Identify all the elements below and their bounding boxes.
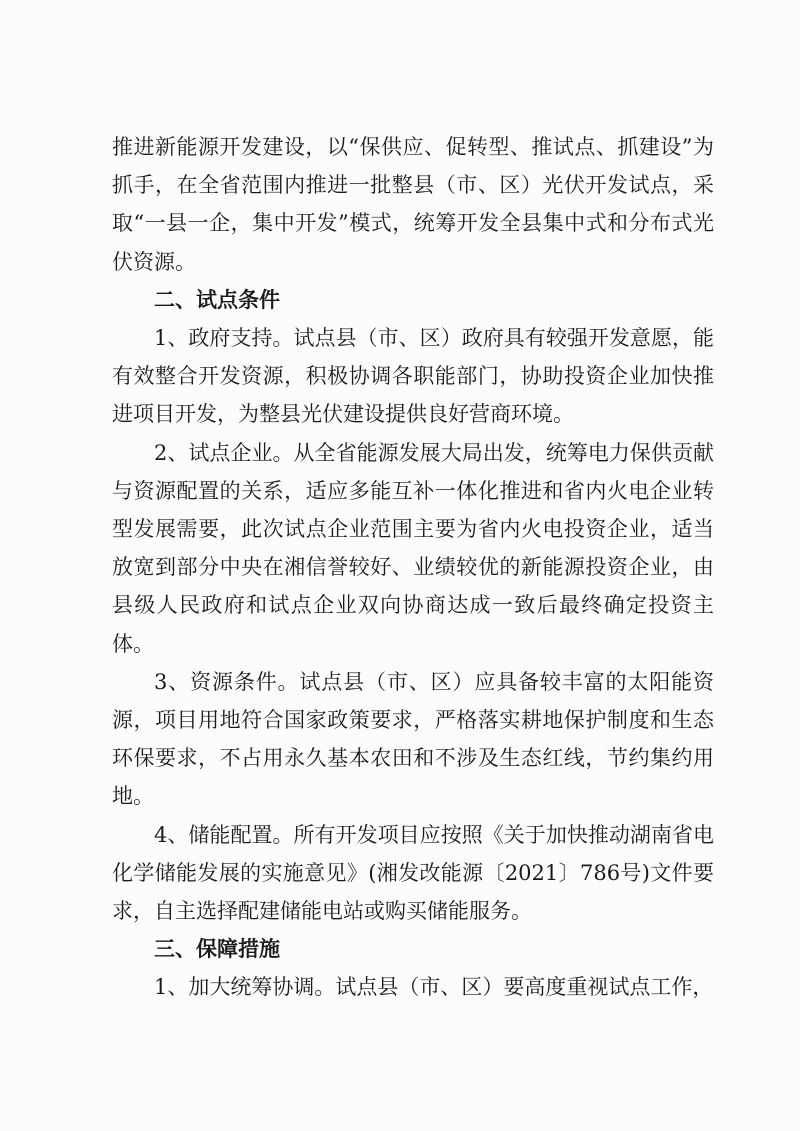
paragraph-resource-conditions: 3、资源条件。试点县（市、区）应具备较丰富的太阳能资源，项目用地符合国家政策要求… xyxy=(112,663,714,816)
paragraph-intro: 推进新能源开发建设，以“保供应、促转型、推试点、抓建设”为抓手，在全省范围内推进… xyxy=(112,128,714,281)
paragraph-coordination: 1、加大统筹协调。试点县（市、区）要高度重视试点工作， xyxy=(112,968,714,1006)
paragraph-energy-storage: 4、储能配置。所有开发项目应按照《关于加快推动湖南省电化学储能发展的实施意见》(… xyxy=(112,816,714,931)
section-heading-safeguard-measures: 三、保障措施 xyxy=(112,930,714,968)
section-heading-pilot-conditions: 二、试点条件 xyxy=(112,281,714,319)
document-page: 推进新能源开发建设，以“保供应、促转型、推试点、抓建设”为抓手，在全省范围内推进… xyxy=(112,128,714,1007)
paragraph-government-support: 1、政府支持。试点县（市、区）政府具有较强开发意愿，能有效整合开发资源，积极协调… xyxy=(112,319,714,434)
paragraph-pilot-enterprise: 2、试点企业。从全省能源发展大局出发，统筹电力保供贡献与资源配置的关系，适应多能… xyxy=(112,434,714,663)
